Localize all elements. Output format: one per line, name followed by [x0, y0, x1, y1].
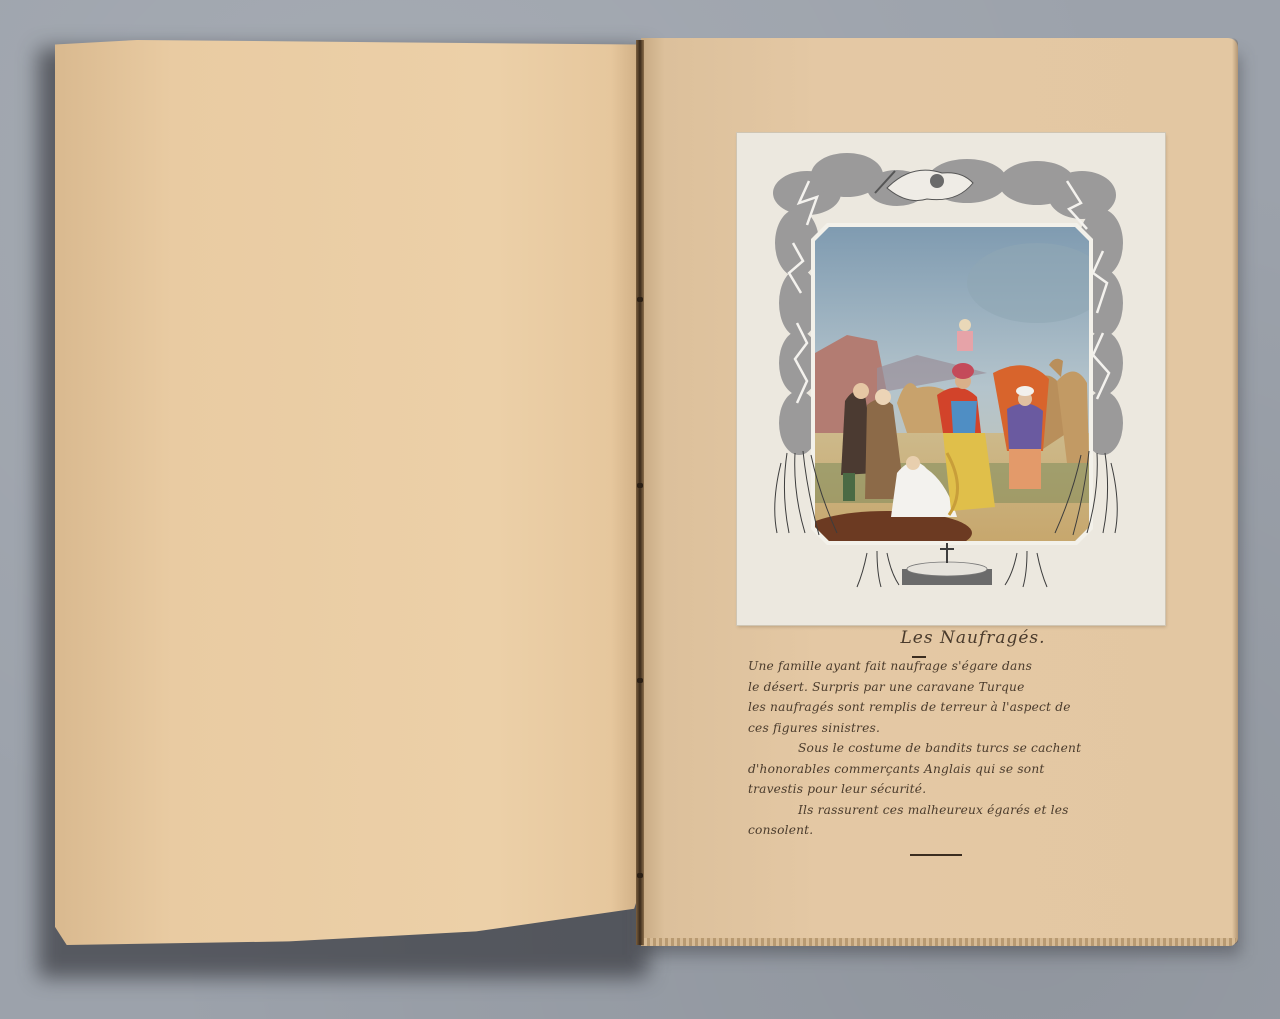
caption-end-rule [910, 854, 962, 856]
engraving-plate [737, 133, 1165, 625]
caption-line: Une famille ayant fait naufrage s'égare … [748, 656, 1158, 677]
manuscript-caption: Les Naufragés. Une famille ayant fait na… [748, 628, 1158, 841]
caravan-scene [802, 223, 1107, 555]
caption-line: travestis pour leur sécurité. [748, 779, 1158, 800]
title-underline-mark [912, 656, 926, 658]
caption-line: consolent. [748, 820, 1158, 841]
caption-title: Les Naufragés. [788, 628, 1158, 648]
page-block-edge [641, 938, 1236, 946]
binding-stitch [637, 483, 643, 488]
left-page-blank [55, 40, 640, 945]
caption-line: le désert. Surpris par une caravane Turq… [748, 677, 1158, 698]
caption-line: ces figures sinistres. [748, 718, 1158, 739]
book-gutter [636, 40, 644, 945]
engraving-illustration [737, 133, 1165, 625]
cross-tomb-icon [902, 543, 992, 585]
caption-line: Ils rassurent ces malheureux égarés et l… [748, 800, 1158, 821]
caption-line: les naufragés sont remplis de terreur à … [748, 697, 1158, 718]
binding-stitch [637, 873, 643, 878]
caption-line: Sous le costume de bandits turcs se cach… [748, 738, 1158, 759]
binding-stitch [637, 678, 643, 683]
binding-stitch [637, 297, 643, 302]
caption-line: d'honorables commerçants Anglais qui se … [748, 759, 1158, 780]
